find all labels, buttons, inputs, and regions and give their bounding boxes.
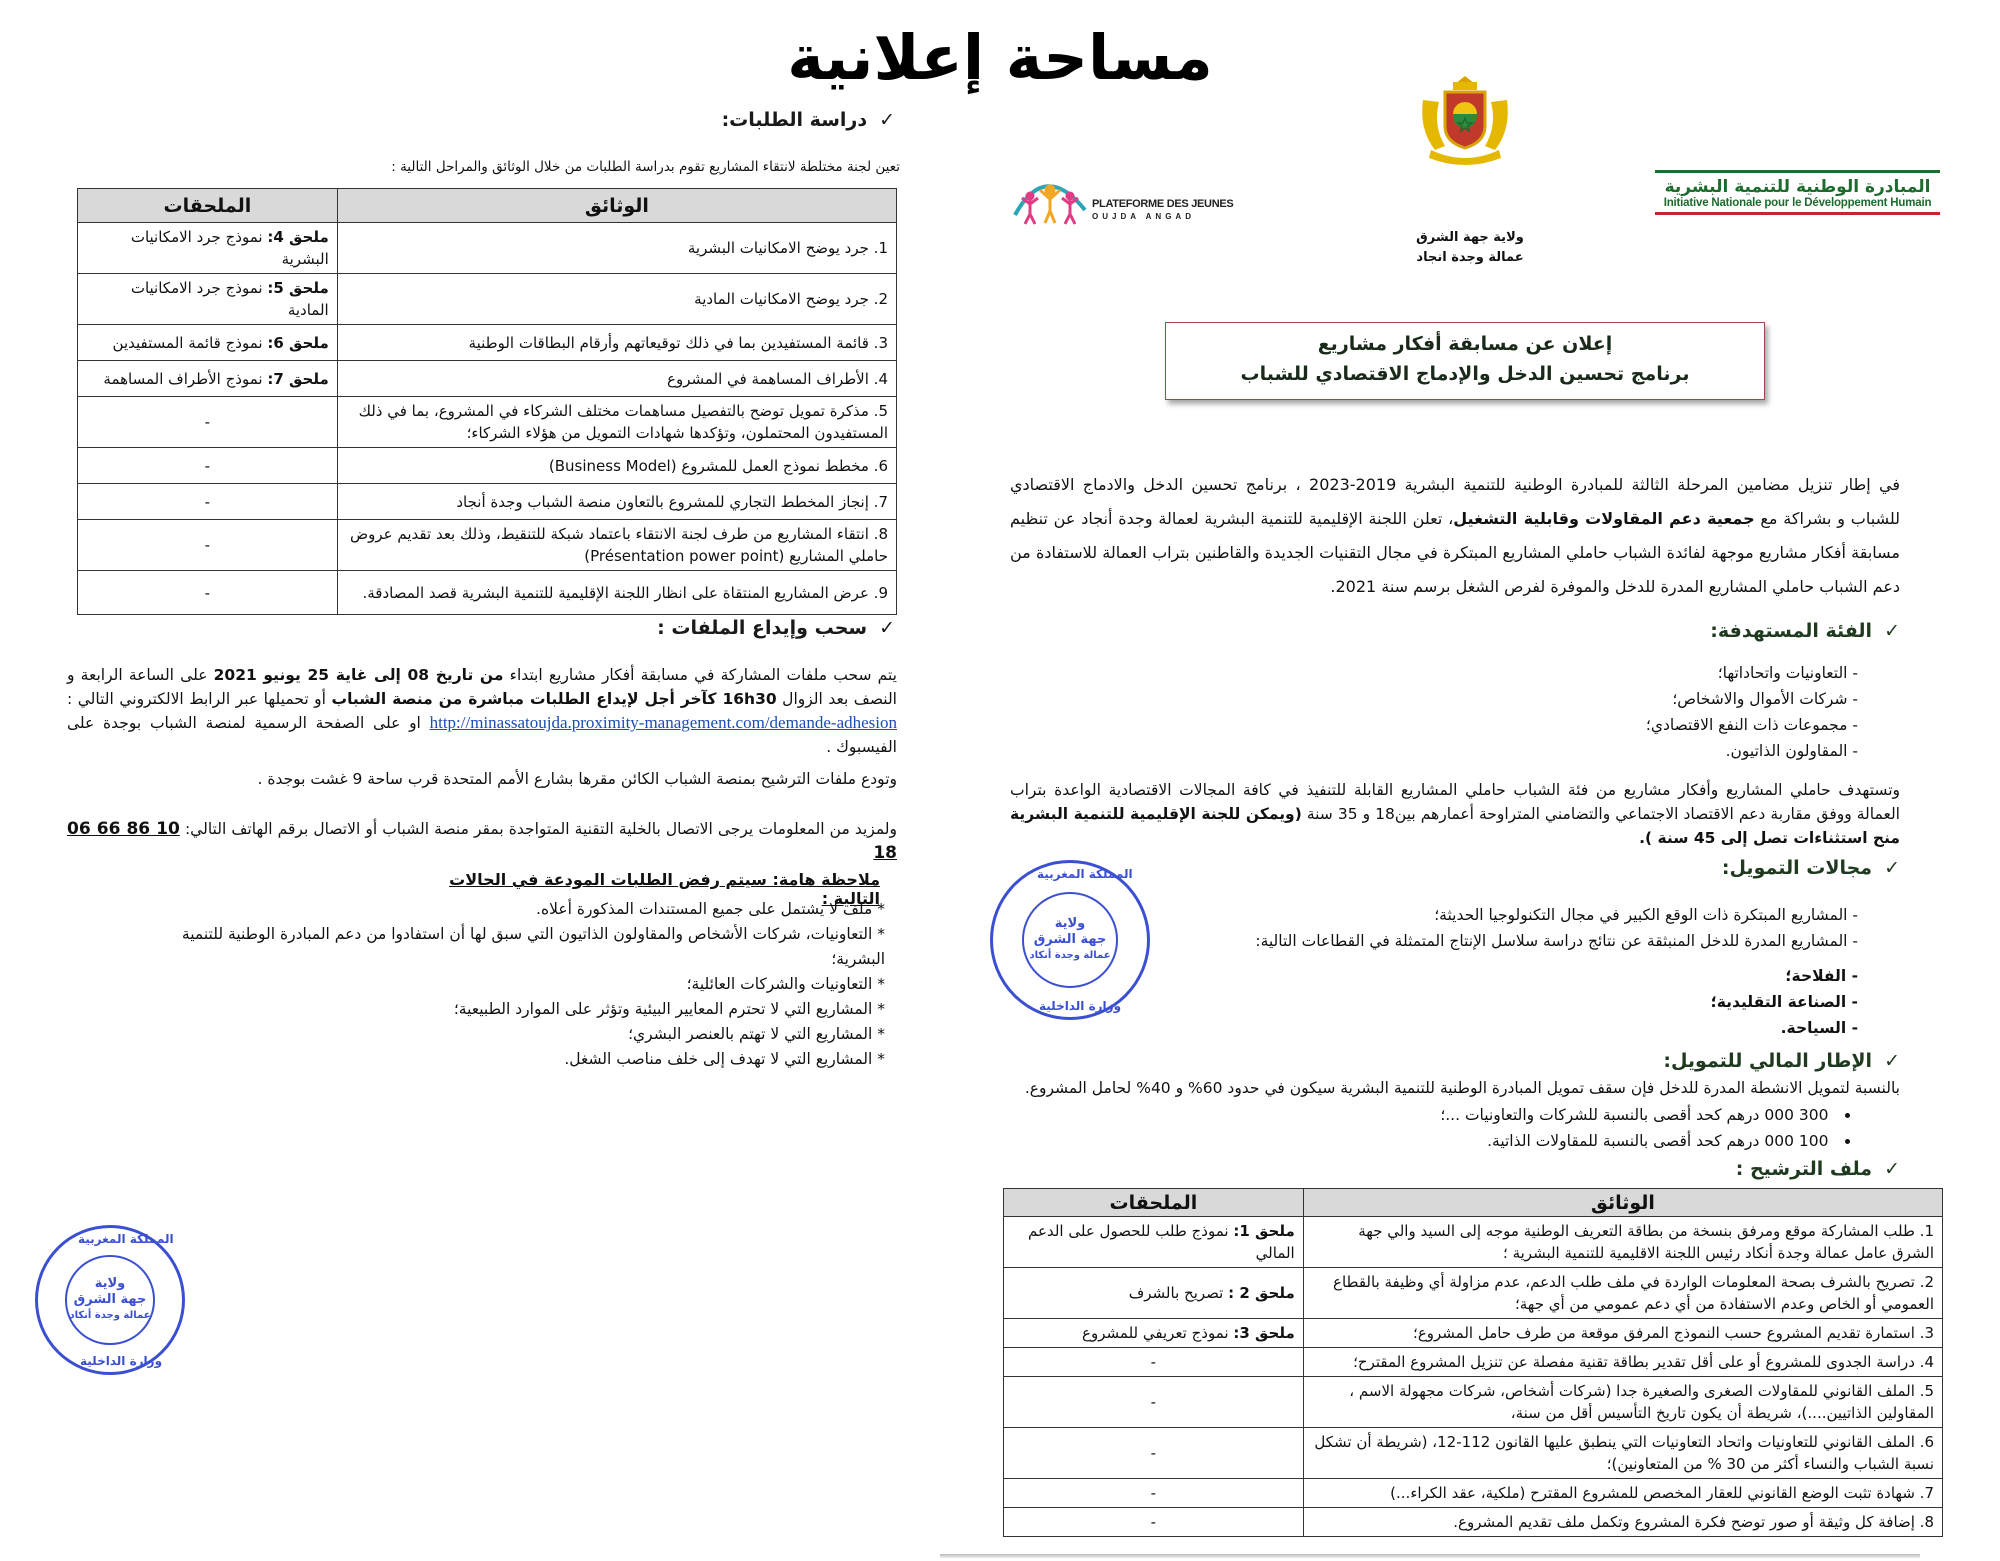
- stamp-text: جهة الشرق: [1034, 932, 1107, 948]
- contact-text: ولمزيد من المعلومات يرجى الاتصال بالخلية…: [180, 820, 897, 838]
- coat-of-arms-icon: [1405, 70, 1525, 170]
- table-row: 8. انتقاء المشاريع من طرف لجنة الانتقاء …: [78, 520, 897, 571]
- annex-cell: -: [78, 397, 338, 448]
- table-row: 1. جرد يوضح الامكانيات البشريةملحق 4: نم…: [78, 223, 897, 274]
- table-row: 8. إضافة كل وثيقة أو صور توضح فكرة المشر…: [1004, 1508, 1943, 1537]
- annex-cell: ملحق 1: نموذج طلب للحصول على الدعم المال…: [1004, 1217, 1304, 1268]
- checkmark-icon: ✓: [879, 109, 895, 131]
- checkmark-icon: ✓: [1884, 1050, 1900, 1072]
- authority-line: عمالة وجدة انجاد: [1370, 248, 1570, 268]
- page-edge: [940, 1554, 1920, 1558]
- right-page: المبادرة الوطنية للتنمية البشرية Initiat…: [990, 60, 1970, 1560]
- target-paragraph: وتستهدف حاملي المشاريع وأفكار مشاريع من …: [1010, 778, 1900, 850]
- target-item: - المقاولون الذاتيون.: [1290, 738, 1858, 764]
- checkmark-icon: ✓: [1884, 1158, 1900, 1180]
- annex-cell: -: [78, 520, 338, 571]
- target-heading-text: الفئة المستهدفة:: [1710, 620, 1872, 642]
- table-row: 2. تصريح بالشرف بصحة المعلومات الواردة ف…: [1004, 1268, 1943, 1319]
- stamp-text: عمالة وجدة أنكاد: [69, 1308, 150, 1324]
- checkmark-icon: ✓: [1884, 857, 1900, 879]
- table-row: 3. قائمة المستفيدين بما في ذلك توقيعاتهم…: [78, 325, 897, 361]
- sector-item: - الفلاحة؛: [1490, 963, 1858, 989]
- left-page: ✓دراسة الطلبات: تعين لجنة مختلطة لانتقاء…: [55, 95, 915, 1555]
- submission-heading-text: سحب وإيداع الملفات :: [657, 617, 867, 639]
- annex-cell: -: [1004, 1508, 1304, 1537]
- document-cell: 3. استمارة تقديم المشروع حسب النموذج الم…: [1303, 1319, 1942, 1348]
- stamp-text: عمالة وجدة أنكاد: [1029, 948, 1110, 964]
- candidacy-table: الوثائق الملحقات 1. طلب المشاركة موقع وم…: [1003, 1188, 1943, 1537]
- financial-heading: ✓الإطار المالي للتمويل:: [1510, 1050, 1900, 1072]
- funding-cap-item: 300 000 درهم كحد أقصى بالنسبة للشركات وا…: [1290, 1102, 1850, 1128]
- announcement-subtitle: برنامج تحسين الدخل والإدماج الاقتصادي لل…: [1166, 359, 1764, 389]
- column-header-documents: الوثائق: [1303, 1189, 1942, 1217]
- annex-text: -: [1151, 1484, 1156, 1502]
- document-cell: 5. مذكرة تمويل توضح بالتفصيل مساهمات مخت…: [337, 397, 896, 448]
- authority-line: ولاية جهة الشرق: [1370, 228, 1570, 248]
- annex-cell: -: [1004, 1377, 1304, 1428]
- document-cell: 9. عرض المشاريع المنتقاة على انظار اللجن…: [337, 571, 896, 615]
- annex-text: -: [205, 493, 210, 511]
- table-row: 7. شهادة تثبت الوضع القانوني للعقار المخ…: [1004, 1479, 1943, 1508]
- rejection-item: * المشاريع التي لا تهدف إلى خلف مناصب ال…: [135, 1047, 885, 1072]
- review-table: الوثائق الملحقات 1. جرد يوضح الامكانيات …: [77, 188, 897, 615]
- annex-label: ملحق 4:: [267, 228, 328, 246]
- funding-areas-list: - المشاريع المبتكرة ذات الوقع الكبير في …: [1190, 902, 1858, 954]
- column-header-annexes: الملحقات: [78, 189, 338, 223]
- annex-text: -: [205, 413, 210, 431]
- table-row: 1. طلب المشاركة موقع ومرفق بنسخة من بطاق…: [1004, 1217, 1943, 1268]
- announcement-title: إعلان عن مسابقة أفكار مشاريع: [1166, 329, 1764, 359]
- document-cell: 2. تصريح بالشرف بصحة المعلومات الواردة ف…: [1303, 1268, 1942, 1319]
- annex-cell: -: [78, 571, 338, 615]
- sector-item: - السياحة.: [1490, 1015, 1858, 1041]
- stamp-ring-text: وزارة الداخلية: [1039, 999, 1121, 1013]
- deposit-paragraph: وتودع ملفات الترشيح بمنصة الشباب الكائن …: [67, 767, 897, 791]
- rejection-item: * ملف لا يشتمل على جميع المستندات المذكو…: [135, 897, 885, 922]
- stamp-text: جهة الشرق: [74, 1292, 147, 1308]
- funding-areas-heading: ✓مجالات التمويل:: [1510, 857, 1900, 879]
- annex-label: ملحق 3:: [1233, 1324, 1294, 1342]
- submission-paragraph: يتم سحب ملفات المشاركة في مسابقة أفكار م…: [67, 663, 897, 759]
- target-list: - التعاونيات واتحاداتها؛- شركات الأموال …: [1290, 660, 1858, 764]
- annex-text: نموذج قائمة المستفيدين: [113, 334, 268, 352]
- plateforme-jeunes-logo: PLATEFORME DES JEUNES OUJDA ANGAD: [1010, 170, 1240, 230]
- annex-text: نموذج تعريفي للمشروع: [1082, 1324, 1233, 1342]
- submission-text: يتم سحب ملفات المشاركة في مسابقة أفكار م…: [503, 666, 897, 684]
- submission-dates: من تاريخ 08 إلى غاية 25 يونيو 2021: [214, 666, 504, 684]
- document-cell: 8. انتقاء المشاريع من طرف لجنة الانتقاء …: [337, 520, 896, 571]
- annex-cell: ملحق 3: نموذج تعريفي للمشروع: [1004, 1319, 1304, 1348]
- table-row: 5. مذكرة تمويل توضح بالتفصيل مساهمات مخت…: [78, 397, 897, 448]
- stamp-text: ولاية: [1055, 916, 1086, 932]
- annex-label: ملحق 1:: [1233, 1222, 1294, 1240]
- checkmark-icon: ✓: [1884, 620, 1900, 642]
- column-header-documents: الوثائق: [337, 189, 896, 223]
- financial-list: 300 000 درهم كحد أقصى بالنسبة للشركات وا…: [1290, 1102, 1850, 1154]
- annex-cell: -: [78, 448, 338, 484]
- financial-paragraph: بالنسبة لتمويل الانشطة المدرة للدخل فإن …: [1010, 1076, 1900, 1100]
- submission-heading: ✓سحب وإيداع الملفات :: [475, 617, 895, 639]
- annex-cell: -: [1004, 1428, 1304, 1479]
- annex-text: -: [1151, 1353, 1156, 1371]
- table-row: 3. استمارة تقديم المشروع حسب النموذج الم…: [1004, 1319, 1943, 1348]
- indh-french-name: Initiative Nationale pour le Développeme…: [1655, 197, 1940, 209]
- document-cell: 6. مخطط نموذج العمل للمشروع (Business Mo…: [337, 448, 896, 484]
- annex-cell: ملحق 5: نموذج جرد الامكانيات المادية: [78, 274, 338, 325]
- annex-cell: ملحق 4: نموذج جرد الامكانيات البشرية: [78, 223, 338, 274]
- document-cell: 7. شهادة تثبت الوضع القانوني للعقار المخ…: [1303, 1479, 1942, 1508]
- application-link[interactable]: http://minassatoujda.proximity-managemen…: [430, 713, 897, 732]
- table-row: 5. الملف القانوني للمقاولات الصغرى والصغ…: [1004, 1377, 1943, 1428]
- partner-name: جمعية دعم المقاولات وقابلية التشغيل: [1453, 509, 1754, 528]
- stamp-inner: ولاية جهة الشرق عمالة وجدة أنكاد: [1022, 892, 1117, 987]
- logo-divider: [1655, 170, 1940, 173]
- document-cell: 1. طلب المشاركة موقع ومرفق بنسخة من بطاق…: [1303, 1217, 1942, 1268]
- official-stamp: ولاية جهة الشرق عمالة وجدة أنكاد المملكة…: [990, 860, 1150, 1020]
- table-row: 2. جرد يوضح الامكانيات الماديةملحق 5: نم…: [78, 274, 897, 325]
- document-cell: 7. إنجاز المخطط التجاري للمشروع بالتعاون…: [337, 484, 896, 520]
- stamp-inner: ولاية جهة الشرق عمالة وجدة أنكاد: [65, 1255, 154, 1344]
- annex-text: -: [1151, 1393, 1156, 1411]
- indh-arabic-name: المبادرة الوطنية للتنمية البشرية: [1655, 177, 1940, 197]
- table-row: 4. دراسة الجدوى للمشروع أو على أقل تقدير…: [1004, 1348, 1943, 1377]
- annex-text: -: [205, 536, 210, 554]
- stamp-ring-text: المملكة المغربية: [78, 1232, 174, 1246]
- checkmark-icon: ✓: [879, 617, 895, 639]
- candidacy-table-wrap: الوثائق الملحقات 1. طلب المشاركة موقع وم…: [1003, 1188, 1943, 1537]
- annex-text: نموذج الأطراف المساهمة: [103, 370, 267, 388]
- document-cell: 1. جرد يوضح الامكانيات البشرية: [337, 223, 896, 274]
- jeunes-subtitle: OUJDA ANGAD: [1092, 212, 1195, 221]
- annex-text: -: [1151, 1513, 1156, 1531]
- contact-paragraph: ولمزيد من المعلومات يرجى الاتصال بالخلية…: [67, 817, 897, 865]
- issuing-authority: ولاية جهة الشرق عمالة وجدة انجاد: [1370, 228, 1570, 268]
- funding-area-item: - المشاريع المبتكرة ذات الوقع الكبير في …: [1190, 902, 1858, 928]
- review-heading: ✓دراسة الطلبات:: [515, 109, 895, 131]
- rejection-item: * المشاريع التي لا تهتم بالعنصر البشري؛: [135, 1022, 885, 1047]
- document-cell: 2. جرد يوضح الامكانيات المادية: [337, 274, 896, 325]
- annex-cell: -: [1004, 1348, 1304, 1377]
- annex-cell: ملحق 6: نموذج قائمة المستفيدين: [78, 325, 338, 361]
- annex-cell: -: [1004, 1479, 1304, 1508]
- table-row: 7. إنجاز المخطط التجاري للمشروع بالتعاون…: [78, 484, 897, 520]
- target-heading: ✓الفئة المستهدفة:: [1510, 620, 1900, 642]
- table-row: 4. الأطراف المساهمة في المشروعملحق 7: نم…: [78, 361, 897, 397]
- sector-item: - الصناعة التقليدية؛: [1490, 989, 1858, 1015]
- document-cell: 5. الملف القانوني للمقاولات الصغرى والصغ…: [1303, 1377, 1942, 1428]
- funding-cap-item: 100 000 درهم كحد أقصى بالنسبة للمقاولات …: [1290, 1128, 1850, 1154]
- funding-area-item: - المشاريع المدرة للدخل المنبثقة عن نتائ…: [1190, 928, 1858, 954]
- sectors-list: - الفلاحة؛- الصناعة التقليدية؛- السياحة.: [1490, 963, 1858, 1041]
- jeunes-title: PLATEFORME DES JEUNES: [1092, 198, 1233, 210]
- document-cell: 4. دراسة الجدوى للمشروع أو على أقل تقدير…: [1303, 1348, 1942, 1377]
- review-intro: تعين لجنة مختلطة لانتقاء المشاريع تقوم ب…: [255, 159, 900, 175]
- table-row: 6. الملف القانوني للتعاونيات واتحاد التع…: [1004, 1428, 1943, 1479]
- annex-cell: ملحق 7: نموذج الأطراف المساهمة: [78, 361, 338, 397]
- target-item: - مجموعات ذات النفع الاقتصادي؛: [1290, 712, 1858, 738]
- candidacy-heading-text: ملف الترشيح :: [1736, 1158, 1872, 1180]
- rejection-item: * التعاونيات والشركات العائلية؛: [135, 972, 885, 997]
- table-row: 9. عرض المشاريع المنتقاة على انظار اللجن…: [78, 571, 897, 615]
- official-stamp: ولاية جهة الشرق عمالة وجدة أنكاد المملكة…: [35, 1225, 185, 1375]
- candidacy-heading: ✓ملف الترشيح :: [1510, 1158, 1900, 1180]
- target-item: - شركات الأموال والاشخاص؛: [1290, 686, 1858, 712]
- annex-text: -: [205, 457, 210, 475]
- annex-text: تصريح بالشرف: [1129, 1284, 1228, 1302]
- review-heading-text: دراسة الطلبات:: [722, 109, 868, 131]
- annex-cell: -: [78, 484, 338, 520]
- target-item: - التعاونيات واتحاداتها؛: [1290, 660, 1858, 686]
- table-row: 6. مخطط نموذج العمل للمشروع (Business Mo…: [78, 448, 897, 484]
- indh-logo: المبادرة الوطنية للتنمية البشرية Initiat…: [1655, 170, 1940, 234]
- annex-cell: ملحق 2 : تصريح بالشرف: [1004, 1268, 1304, 1319]
- funding-areas-heading-text: مجالات التمويل:: [1722, 857, 1872, 879]
- stamp-ring-text: المملكة المغربية: [1037, 867, 1133, 881]
- people-icon: [1010, 170, 1090, 230]
- document-cell: 6. الملف القانوني للتعاونيات واتحاد التع…: [1303, 1428, 1942, 1479]
- submission-deadline: 16h30 كآخر أجل لإيداع الطلبات مباشرة من …: [332, 690, 777, 708]
- stamp-ring-text: وزارة الداخلية: [80, 1354, 162, 1368]
- annex-label: ملحق 7:: [267, 370, 328, 388]
- document-cell: 4. الأطراف المساهمة في المشروع: [337, 361, 896, 397]
- rejection-list: * ملف لا يشتمل على جميع المستندات المذكو…: [135, 897, 885, 1072]
- submission-text: أو تحميلها عبر الرابط الالكتروني التالي …: [67, 690, 332, 708]
- financial-heading-text: الإطار المالي للتمويل:: [1663, 1050, 1872, 1072]
- document-cell: 3. قائمة المستفيدين بما في ذلك توقيعاتهم…: [337, 325, 896, 361]
- document-cell: 8. إضافة كل وثيقة أو صور توضح فكرة المشر…: [1303, 1508, 1942, 1537]
- logo-divider: [1655, 212, 1940, 215]
- stamp-text: ولاية: [95, 1276, 126, 1292]
- column-header-annexes: الملحقات: [1004, 1189, 1304, 1217]
- rejection-item: * التعاونيات، شركات الأشخاص والمقاولون ا…: [135, 922, 885, 972]
- annex-label: ملحق 2 :: [1228, 1284, 1295, 1302]
- intro-paragraph: في إطار تنزيل مضامين المرحلة الثالثة للم…: [1010, 468, 1900, 604]
- rejection-item: * المشاريع التي لا تحترم المعايير البيئي…: [135, 997, 885, 1022]
- annex-text: -: [1151, 1444, 1156, 1462]
- review-table-wrap: الوثائق الملحقات 1. جرد يوضح الامكانيات …: [77, 188, 897, 615]
- annex-text: -: [205, 584, 210, 602]
- annex-label: ملحق 6:: [267, 334, 328, 352]
- announcement-title-box: إعلان عن مسابقة أفكار مشاريع برنامج تحسي…: [1165, 322, 1765, 400]
- annex-label: ملحق 5:: [267, 279, 328, 297]
